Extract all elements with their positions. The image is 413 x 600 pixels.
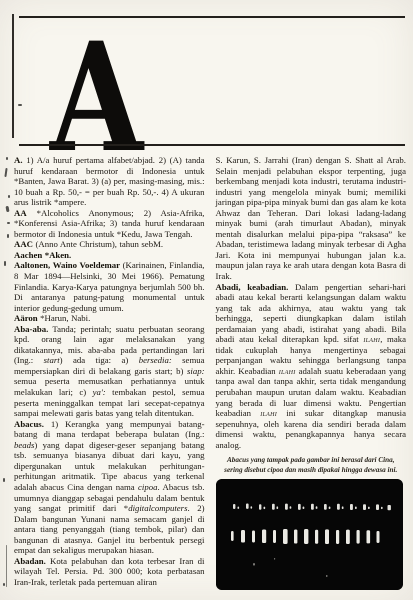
entry-text: S. Karun, S. Jarrahi (Iran) dengan S. Sh… [216,155,407,281]
entry-text: ya': [93,387,106,397]
entry-text: digitalcomputers [128,503,187,513]
scan-artifact [6,157,8,160]
section-letter: A [50,23,140,173]
entry-text: ilahi [279,366,296,376]
entry-headword: Abadi, keabadian. [216,282,289,292]
scan-artifact [4,261,6,266]
entry-text: beads [14,440,34,450]
entry-headword: Aäron [14,313,38,323]
dictionary-entry: Aaltonen, Waino Voeldemar (Karinainen, F… [14,260,205,313]
scan-artifact [7,234,9,238]
left-border-line [12,14,14,138]
entry-text: bersedia: [139,355,172,365]
entry-text: ilahi [260,408,277,418]
scan-artifact [4,168,7,177]
column-entries: A. 1) A/a huruf pertama alfabet/abjad. 2… [14,155,205,587]
entry-headword: Abadan. [14,556,46,566]
scan-artifact [6,545,7,587]
dictionary-entry: Abadi, keabadian. Dalam pengertian sehar… [216,282,407,451]
entry-headword: Aba-aba. [14,324,48,334]
entry-text: ilahi [363,334,380,344]
text-column-right: S. Karun, S. Jarrahi (Iran) dengan S. Sh… [216,155,407,600]
scan-artifact [6,206,10,212]
dictionary-entry: Abacus. 1) Kerangka yang mempunyai batan… [14,419,205,556]
entry-headword: A. [14,155,23,165]
text-column-left: A. 1) A/a huruf pertama alfabet/abjad. 2… [14,155,205,600]
header-bottom-rule [19,144,405,146]
scan-artifact [8,195,10,198]
entry-text: *Aken. [42,250,71,260]
abacus-photo-image [216,479,403,590]
entry-text: start [44,355,60,365]
dictionary-entry: S. Karun, S. Jarrahi (Iran) dengan S. Sh… [216,155,407,282]
entry-text: 1) A/a huruf pertama alfabet/abjad. 2) (… [14,155,205,207]
text-columns: A. 1) A/a huruf pertama alfabet/abjad. 2… [14,155,406,600]
entry-headword: Aaltonen, Waino Voeldemar [14,260,120,270]
column-entries: S. Karun, S. Jarrahi (Iran) dengan S. Sh… [216,155,407,450]
dictionary-entry: AA *Alcoholics Anonymous; 2) Asia-Afrika… [14,208,205,240]
entry-headword: Aachen [14,250,42,260]
abacus-figure: Abacus yang tampak pada gambar ini beras… [216,456,407,590]
entry-text: cipoa [138,482,157,492]
scan-artifact [18,104,22,106]
abacus-photo [216,479,403,590]
entry-text: (Anno Ante Christum), tahun sebM. [33,239,163,249]
entry-headword: AA [14,208,27,218]
entry-headword: AAC [14,239,33,249]
dictionary-entry: Aachen *Aken. [14,250,205,261]
dictionary-entry: AAC (Anno Ante Christum), tahun sebM. [14,239,205,250]
figure-caption: Abacus yang tampak pada gambar ini beras… [223,456,400,475]
dictionary-entry: Aba-aba. Tanda; perintah; suatu perbuata… [14,324,205,419]
entry-text: *Harun, Nabi. [38,313,91,323]
entry-headword: Abacus. [14,419,44,429]
dictionary-entry: Aäron *Harun, Nabi. [14,313,205,324]
dictionary-entry: Abadan. Kota pelabuhan dan kota terbesar… [14,556,205,588]
entry-text: ) ada tiga: a) [60,355,139,365]
encyclopedia-page: A A. 1) A/a huruf pertama alfabet/abjad.… [0,0,413,600]
dictionary-entry: A. 1) A/a huruf pertama alfabet/abjad. 2… [14,155,205,208]
entry-text: *Alcoholics Anonymous; 2) Asia-Afrika, *… [14,208,205,239]
scan-artifact [3,478,5,482]
scan-artifact [7,222,10,224]
entry-text: siap: [187,366,205,376]
scan-artifact [3,583,5,586]
